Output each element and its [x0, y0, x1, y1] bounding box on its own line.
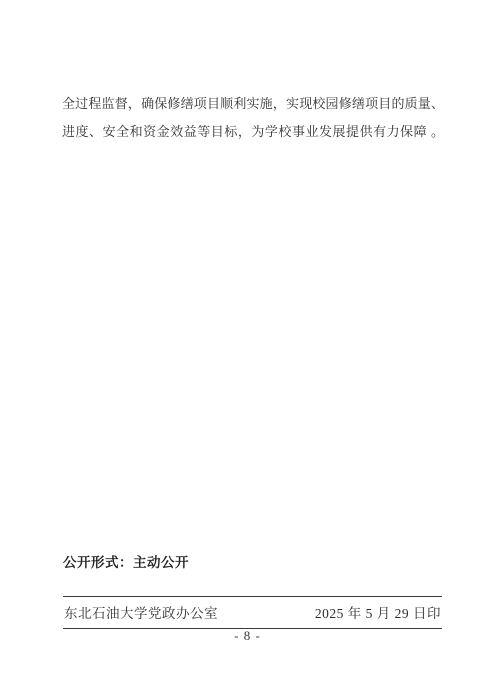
footer-rule-block: 东北石油大学党政办公室 2025 年 5 月 29 日印 [63, 596, 442, 629]
issuing-office: 东北石油大学党政办公室 [64, 602, 218, 622]
document-page: 全过程监督，确保修缮项目顺利实施，实现校园修缮项目的质量、 进度、安全和资金效益… [0, 0, 495, 696]
disclosure-form-line: 公开形式：主动公开 [63, 551, 189, 571]
footer-row: 东北石油大学党政办公室 2025 年 5 月 29 日印 [63, 597, 442, 628]
page-number: - 8 - [0, 628, 495, 644]
paragraph-line-2: 进度、安全和资金效益等目标，为学校事业发展提供有力保障 。 [62, 118, 444, 146]
paragraph-line-1: 全过程监督，确保修缮项目顺利实施，实现校园修缮项目的质量、 [62, 90, 444, 118]
print-date: 2025 年 5 月 29 日印 [315, 602, 441, 622]
closing-paragraph: 全过程监督，确保修缮项目顺利实施，实现校园修缮项目的质量、 进度、安全和资金效益… [62, 90, 444, 146]
